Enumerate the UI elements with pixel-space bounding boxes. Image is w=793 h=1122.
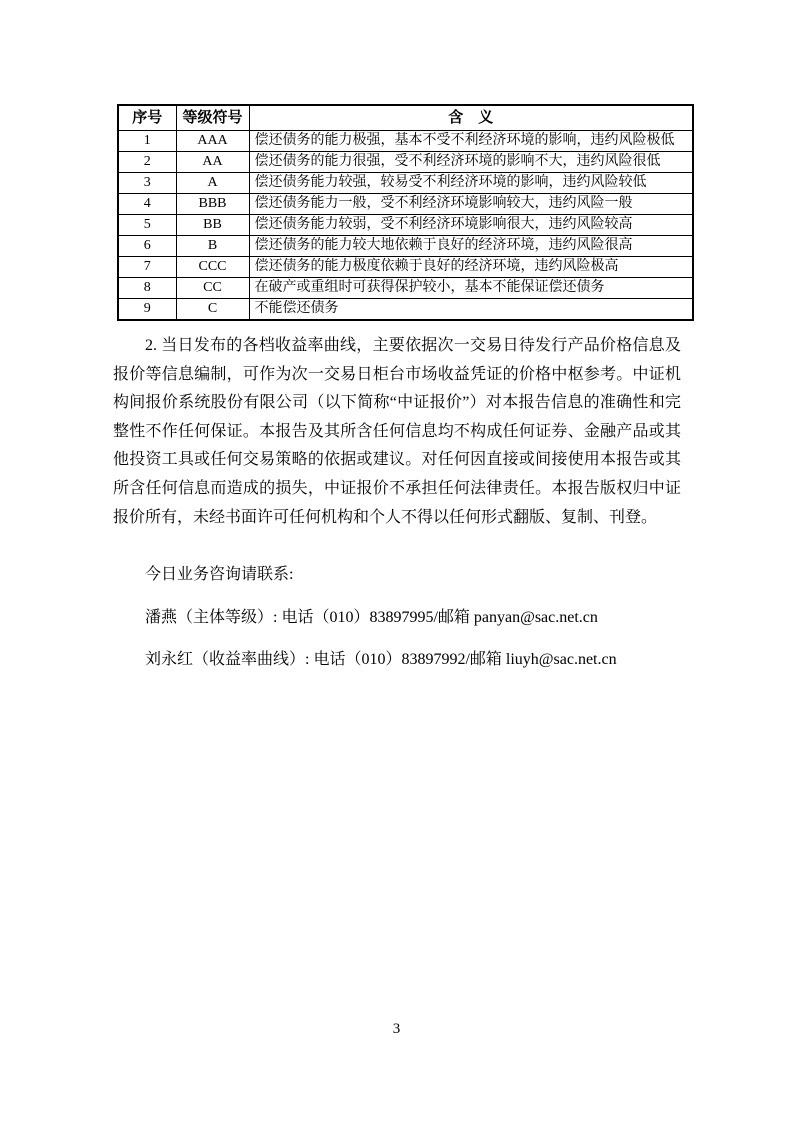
row-number-cell: 9 [118,299,176,321]
meaning-cell: 在破产或重组时可获得保护较小，基本不能保证偿还债务 [249,278,693,299]
meaning-cell: 偿还债务能力较强，较易受不利经济环境的影响，违约风险较低 [249,173,693,194]
table-row: 6B偿还债务的能力较大地依赖于良好的经济环境，违约风险很高 [118,236,693,257]
row-number-cell: 3 [118,173,176,194]
meaning-cell: 偿还债务的能力很强，受不利经济环境的影响不大，违约风险很低 [249,152,693,173]
column-header-2: 含 义 [249,105,693,131]
row-number-cell: 8 [118,278,176,299]
rating-symbol-cell: AAA [176,131,249,152]
column-header-1: 等级符号 [176,105,249,131]
contact-line: 潘燕（主体等级）: 电话（010）83897995/邮箱 panyan@sac.… [113,604,681,633]
meaning-cell: 偿还债务的能力较大地依赖于良好的经济环境，违约风险很高 [249,236,693,257]
rating-symbol-cell: CC [176,278,249,299]
table-row: 8CC在破产或重组时可获得保护较小，基本不能保证偿还债务 [118,278,693,299]
row-number-cell: 7 [118,257,176,278]
meaning-cell: 偿还债务能力较弱，受不利经济环境影响很大，违约风险较高 [249,215,693,236]
row-number-cell: 5 [118,215,176,236]
contact-line: 刘永红（收益率曲线）: 电话（010）83897992/邮箱 liuyh@sac… [113,646,681,675]
rating-table: 序号等级符号含 义 1AAA偿还债务的能力极强，基本不受不利经济环境的影响，违约… [117,104,694,321]
disclaimer-paragraph: 2. 当日发布的各档收益率曲线，主要依据次一交易日待发行产品价格信息及报价等信息… [113,332,681,532]
table-row: 2AA偿还债务的能力很强，受不利经济环境的影响不大，违约风险很低 [118,152,693,173]
table-row: 4BBB偿还债务能力一般，受不利经济环境影响较大，违约风险一般 [118,194,693,215]
body-text: 2. 当日发布的各档收益率曲线，主要依据次一交易日待发行产品价格信息及报价等信息… [113,332,681,675]
rating-symbol-cell: AA [176,152,249,173]
rating-symbol-cell: BB [176,215,249,236]
meaning-cell: 偿还债务能力一般，受不利经济环境影响较大，违约风险一般 [249,194,693,215]
rating-table-body: 1AAA偿还债务的能力极强，基本不受不利经济环境的影响，违约风险极低2AA偿还债… [118,131,693,321]
row-number-cell: 2 [118,152,176,173]
table-row: 5BB偿还债务能力较弱，受不利经济环境影响很大，违约风险较高 [118,215,693,236]
table-row: 1AAA偿还债务的能力极强，基本不受不利经济环境的影响，违约风险极低 [118,131,693,152]
rating-symbol-cell: BBB [176,194,249,215]
table-row: 7CCC偿还债务的能力极度依赖于良好的经济环境，违约风险极高 [118,257,693,278]
meaning-cell: 偿还债务的能力极强，基本不受不利经济环境的影响，违约风险极低 [249,131,693,152]
row-number-cell: 4 [118,194,176,215]
contact-list: 潘燕（主体等级）: 电话（010）83897995/邮箱 panyan@sac.… [113,604,681,675]
meaning-cell: 偿还债务的能力极度依赖于良好的经济环境，违约风险极高 [249,257,693,278]
rating-symbol-cell: B [176,236,249,257]
rating-symbol-cell: C [176,299,249,321]
contact-intro: 今日业务咨询请联系: [113,561,681,590]
column-header-0: 序号 [118,105,176,131]
rating-symbol-cell: A [176,173,249,194]
document-page: 序号等级符号含 义 1AAA偿还债务的能力极强，基本不受不利经济环境的影响，违约… [0,0,793,1122]
table-header-row: 序号等级符号含 义 [118,105,693,131]
page-number: 3 [0,1021,793,1038]
row-number-cell: 1 [118,131,176,152]
meaning-cell: 不能偿还债务 [249,299,693,321]
rating-symbol-cell: CCC [176,257,249,278]
row-number-cell: 6 [118,236,176,257]
table-row: 3A偿还债务能力较强，较易受不利经济环境的影响，违约风险较低 [118,173,693,194]
table-row: 9C不能偿还债务 [118,299,693,321]
